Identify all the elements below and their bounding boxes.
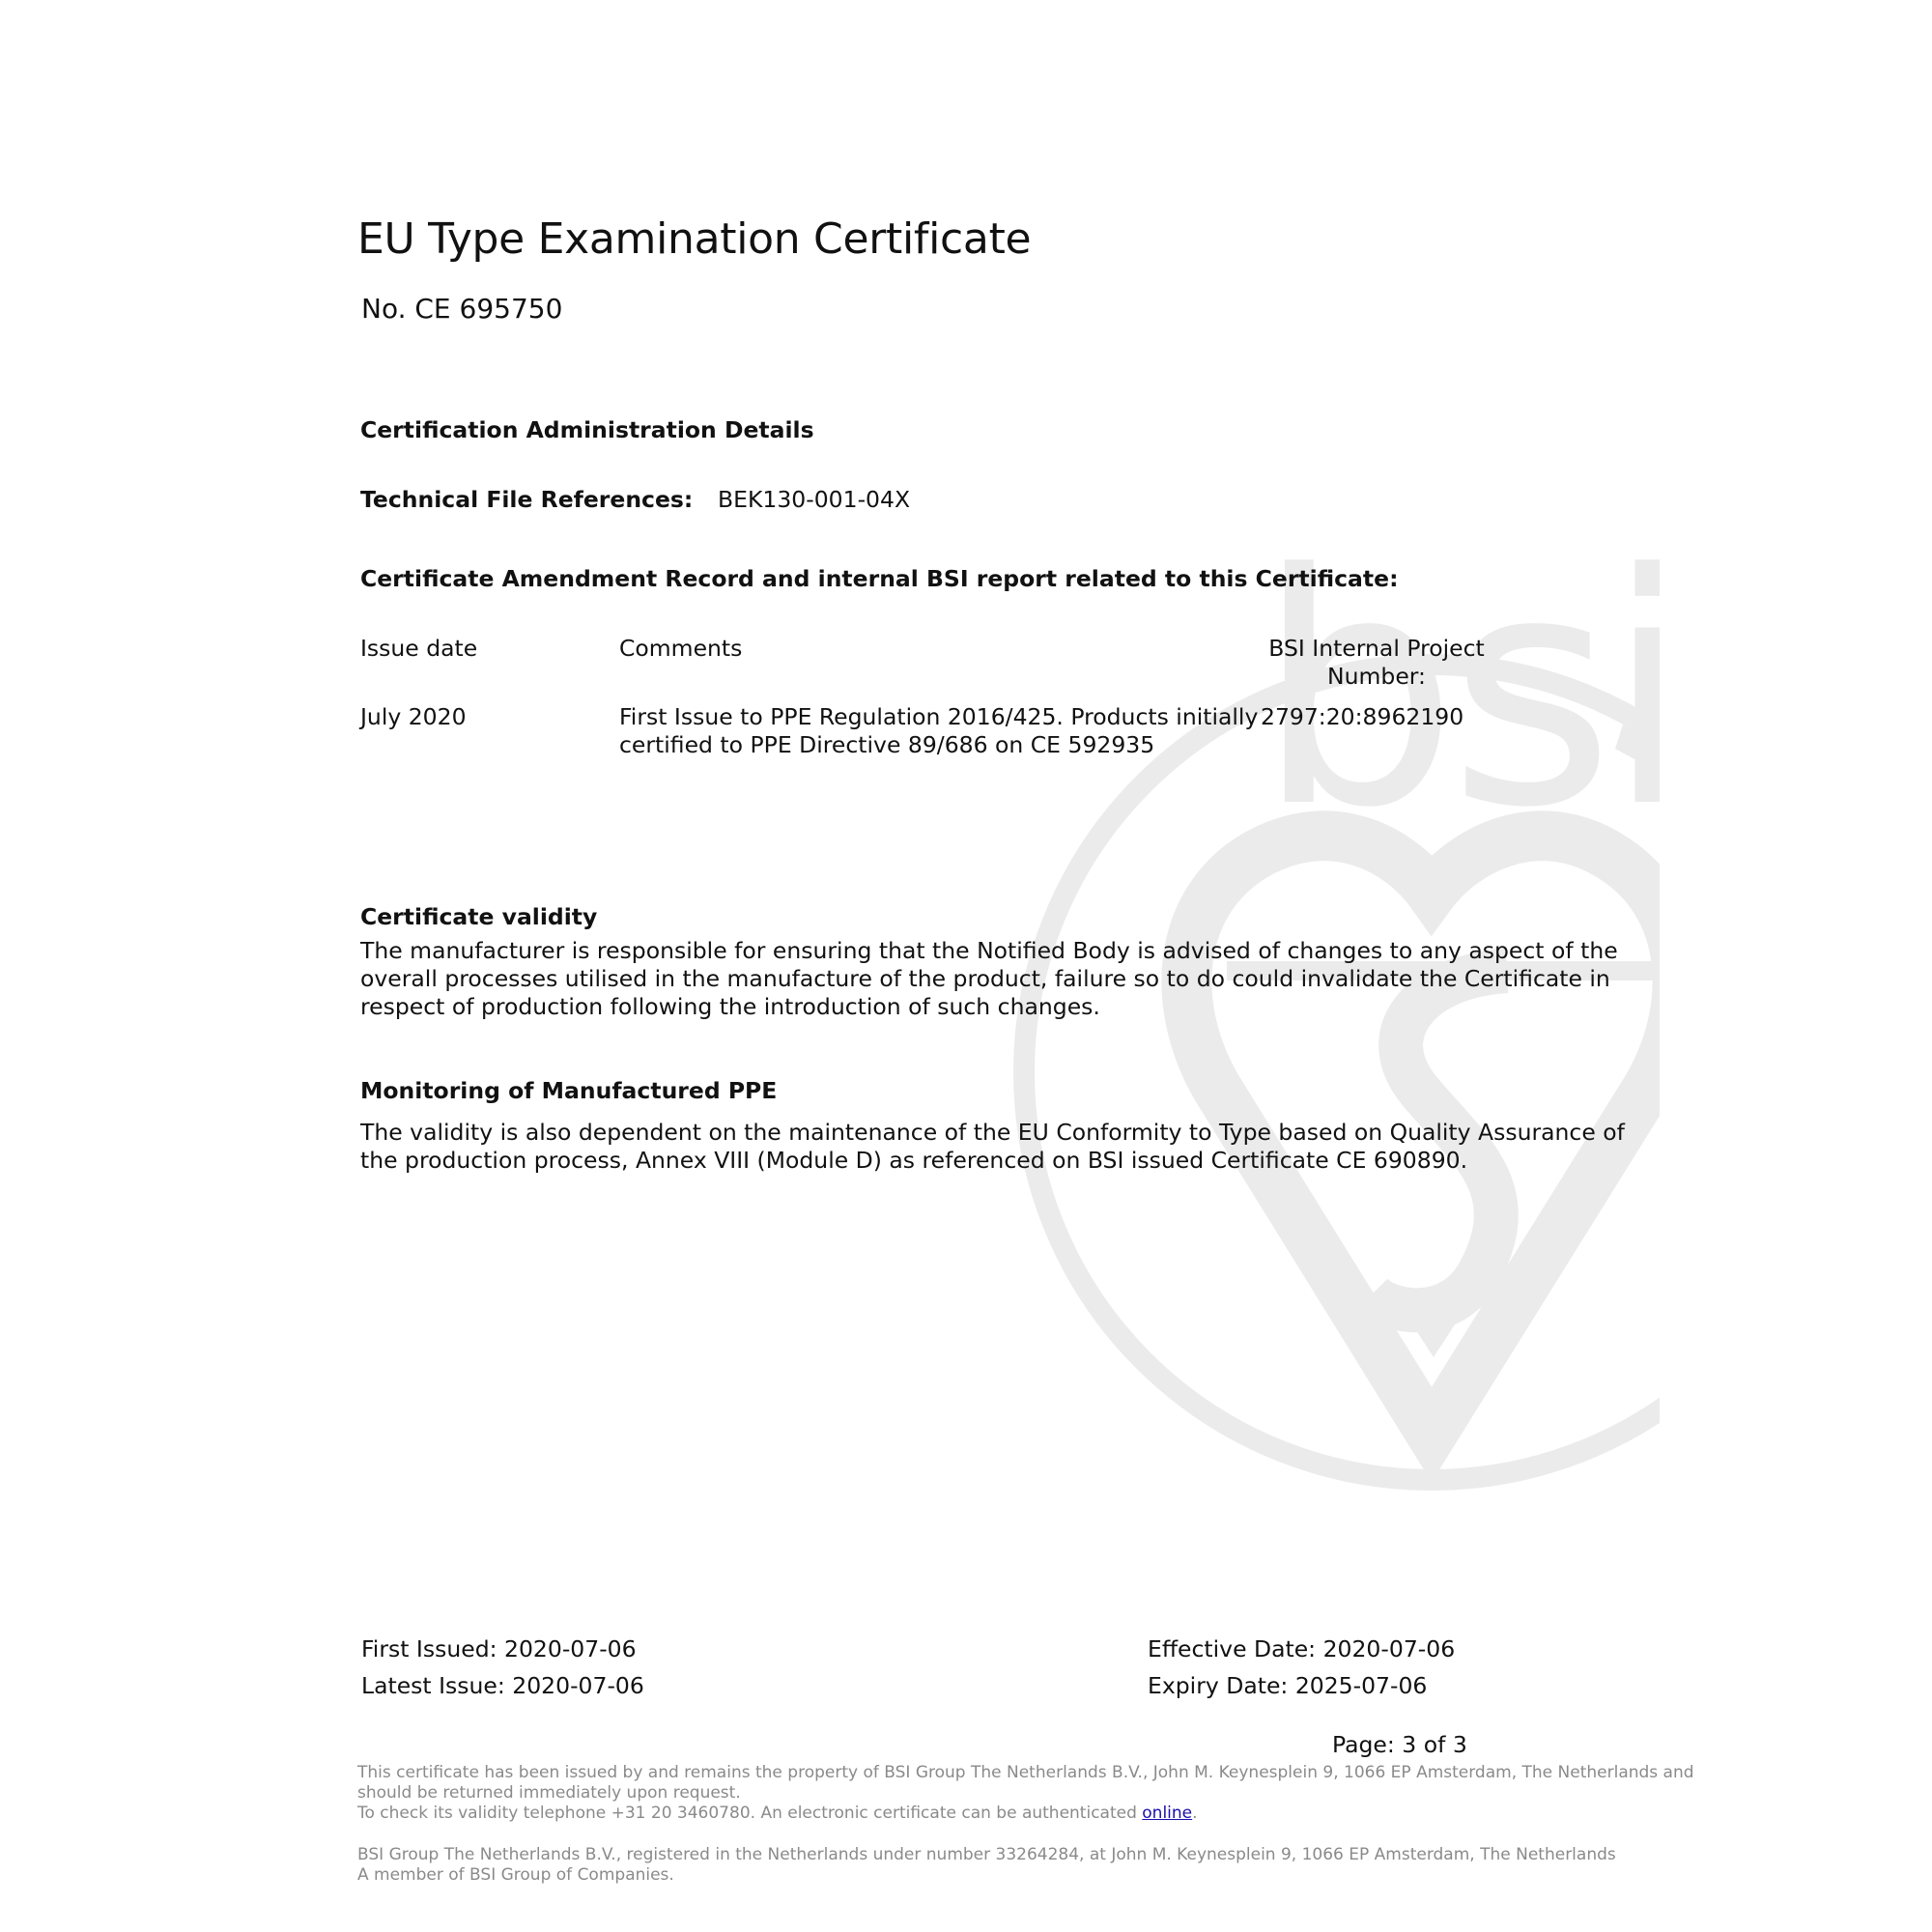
validity-line: The manufacturer is responsible for ensu… — [360, 937, 1618, 965]
online-authentication-link[interactable]: online — [1142, 1804, 1192, 1823]
first-issued: First Issued: 2020-07-06 — [361, 1635, 637, 1662]
column-header-project-number: BSI Internal Project Number: — [1256, 635, 1497, 691]
row-comments-line1: First Issue to PPE Regulation 2016/425. … — [619, 703, 1258, 731]
footer-registration: BSI Group The Netherlands B.V., register… — [357, 1845, 1616, 1886]
monitoring-paragraph: The validity is also dependent on the ma… — [360, 1119, 1625, 1175]
column-header-project-line1: BSI Internal Project — [1256, 635, 1497, 663]
footer-validity-end: . — [1192, 1804, 1197, 1823]
latest-issue-value: 2020-07-06 — [512, 1672, 644, 1699]
footer-validity-text: To check its validity telephone +31 20 3… — [357, 1804, 1142, 1823]
page-title: EU Type Examination Certificate — [357, 214, 1031, 264]
row-comments-line2: certified to PPE Directive 89/686 on CE … — [619, 731, 1258, 759]
footer-registration-line2: A member of BSI Group of Companies. — [357, 1865, 1616, 1886]
monitoring-heading: Monitoring of Manufactured PPE — [360, 1077, 777, 1104]
expiry-date: Expiry Date: 2025-07-06 — [1148, 1672, 1427, 1699]
page-indicator: Page: 3 of 3 — [1332, 1731, 1467, 1758]
row-issue-date: July 2020 — [360, 703, 467, 730]
validity-line: overall processes utilised in the manufa… — [360, 965, 1618, 993]
effective-date-label: Effective Date: — [1148, 1635, 1316, 1662]
column-header-comments: Comments — [619, 635, 742, 662]
latest-issue-label: Latest Issue: — [361, 1672, 505, 1699]
expiry-date-value: 2025-07-06 — [1295, 1672, 1428, 1699]
expiry-date-label: Expiry Date: — [1148, 1672, 1288, 1699]
column-header-project-line2: Number: — [1256, 663, 1497, 691]
footer-validity-line: To check its validity telephone +31 20 3… — [357, 1804, 1694, 1824]
monitoring-line: the production process, Annex VIII (Modu… — [360, 1147, 1625, 1175]
first-issued-label: First Issued: — [361, 1635, 497, 1662]
footer-registration-line1: BSI Group The Netherlands B.V., register… — [357, 1845, 1616, 1865]
technical-file-label: Technical File References: — [360, 486, 693, 513]
validity-heading: Certificate validity — [360, 903, 597, 930]
validity-line: respect of production following the intr… — [360, 993, 1618, 1021]
certificate-number: No. CE 695750 — [361, 293, 562, 325]
first-issued-value: 2020-07-06 — [504, 1635, 637, 1662]
footer-property-line1: This certificate has been issued by and … — [357, 1763, 1694, 1783]
technical-file-value: BEK130-001-04X — [718, 486, 910, 513]
column-header-issue-date: Issue date — [360, 635, 477, 662]
footer-property-notice: This certificate has been issued by and … — [357, 1763, 1694, 1824]
row-comments: First Issue to PPE Regulation 2016/425. … — [619, 703, 1258, 759]
validity-paragraph: The manufacturer is responsible for ensu… — [360, 937, 1618, 1021]
row-project-number: 2797:20:8962190 — [1261, 703, 1463, 730]
footer-property-line2: should be returned immediately upon requ… — [357, 1783, 1694, 1804]
effective-date: Effective Date: 2020-07-06 — [1148, 1635, 1455, 1662]
latest-issue: Latest Issue: 2020-07-06 — [361, 1672, 644, 1699]
certificate-page: EU Type Examination Certificate No. CE 6… — [0, 0, 1932, 1932]
admin-details-heading: Certification Administration Details — [360, 416, 814, 443]
monitoring-line: The validity is also dependent on the ma… — [360, 1119, 1625, 1147]
amendment-record-heading: Certificate Amendment Record and interna… — [360, 565, 1398, 592]
effective-date-value: 2020-07-06 — [1323, 1635, 1456, 1662]
